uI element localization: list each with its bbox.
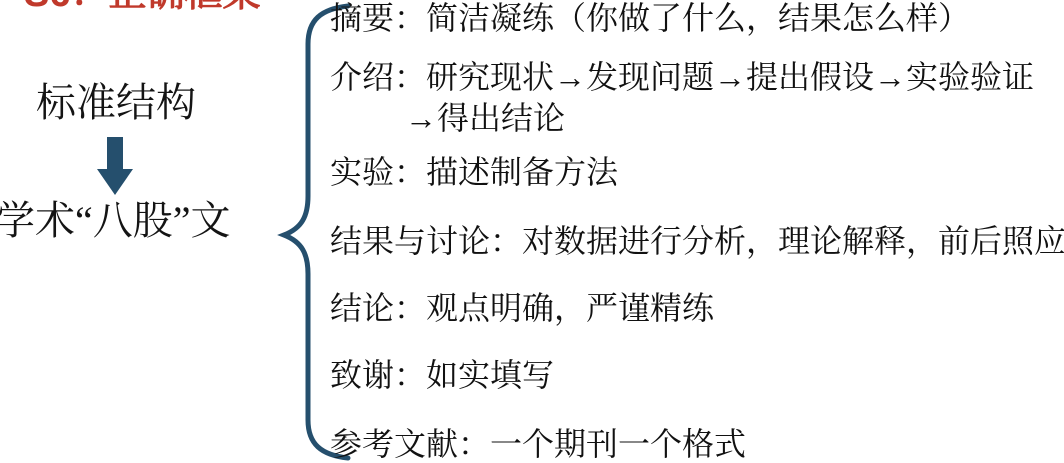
brace-item-results-discussion: 结果与讨论：对数据进行分析，理论解释，前后照应: [330, 223, 1064, 260]
result-label: 学术“八股”文: [0, 200, 231, 242]
brace-item-introduction-continuation: →得出结论: [405, 100, 565, 137]
brace-item-acknowledgement: 致谢：如实填写: [330, 357, 554, 394]
brace-item-references: 参考文献：一个期刊一个格式: [330, 426, 746, 463]
slide-title: S6：正确框架: [24, 0, 260, 13]
slide-canvas: S6：正确框架 标准结构 学术“八股”文 摘要：简洁凝练（你做了什么，结果怎么样…: [0, 0, 1064, 463]
brace-item-conclusion: 结论：观点明确，严谨精练: [330, 290, 714, 327]
brace-item-experiment: 实验：描述制备方法: [330, 154, 618, 191]
brace-item-abstract: 摘要：简洁凝练（你做了什么，结果怎么样）: [330, 0, 970, 37]
source-label: 标准结构: [36, 82, 196, 124]
brace-item-introduction: 介绍：研究现状→发现问题→提出假设→实验验证: [330, 59, 1034, 96]
down-arrow-icon: [95, 137, 135, 197]
